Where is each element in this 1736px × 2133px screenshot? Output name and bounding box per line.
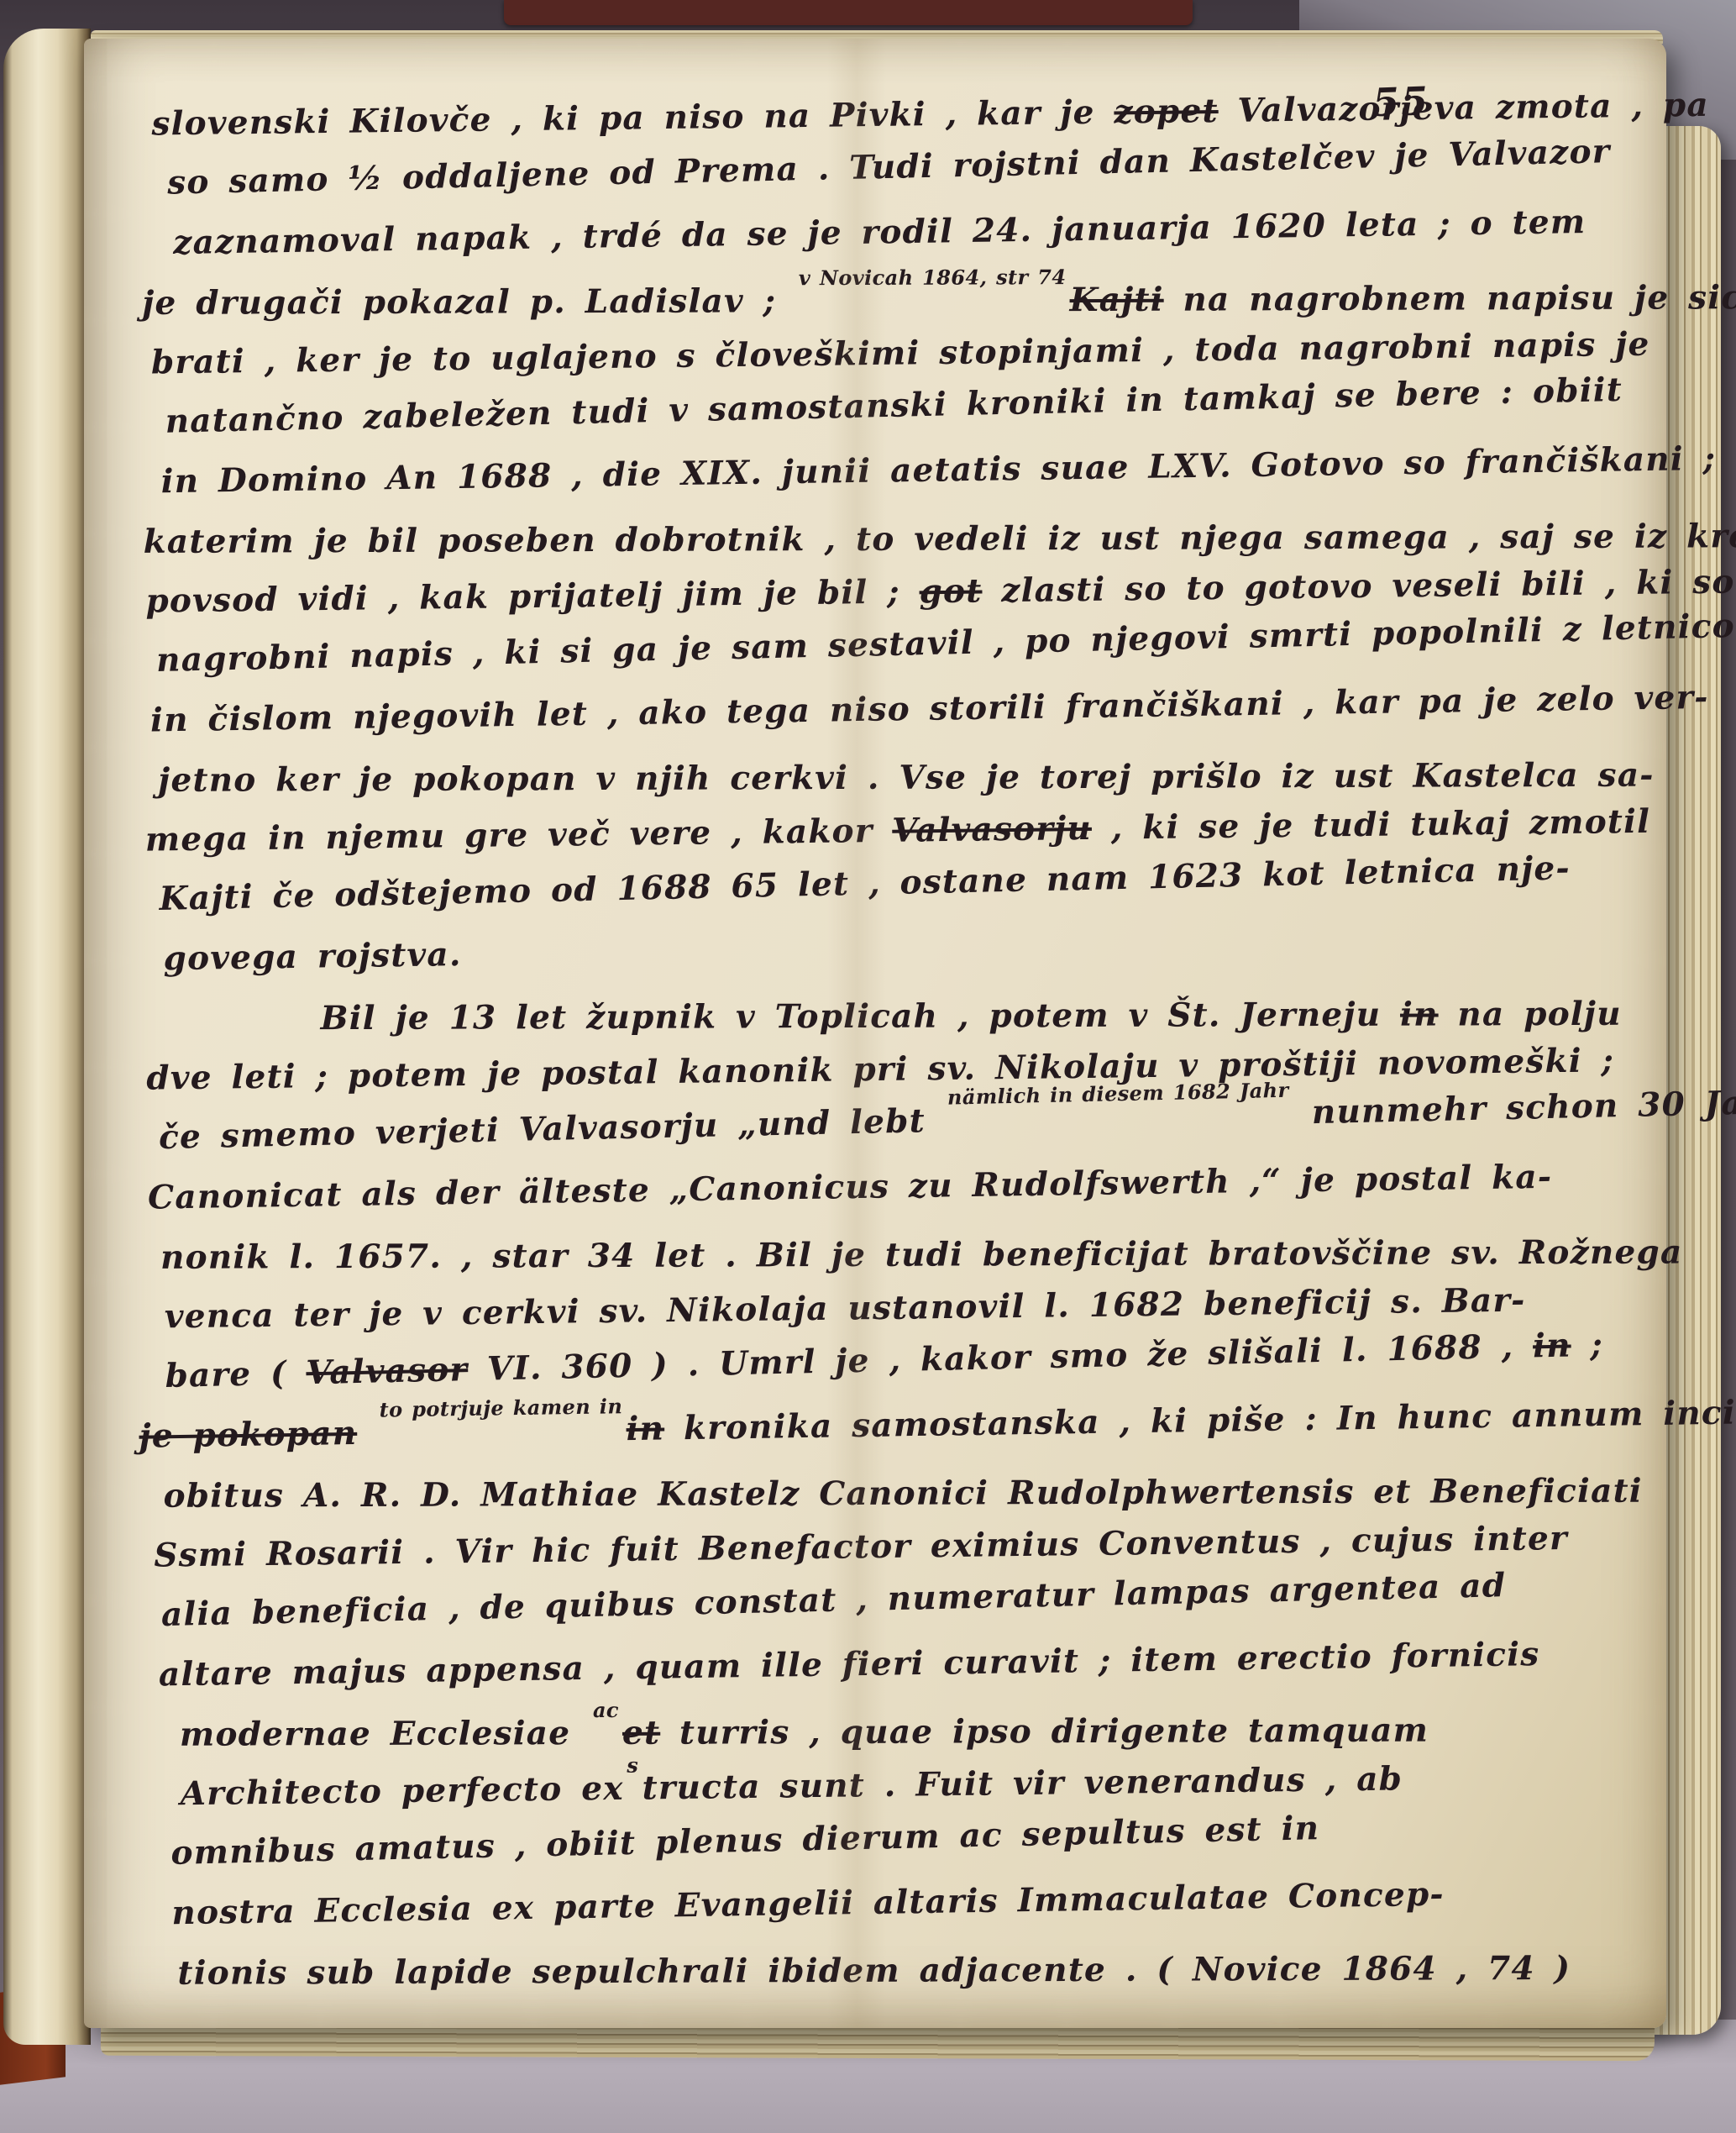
struck-word: in (1400, 996, 1439, 1034)
text-segment: tionis sub lapide sepulchrali ibidem adj… (177, 1949, 1571, 1993)
struck-word: zopet (1114, 92, 1219, 132)
interline-insertion: ac (593, 1698, 619, 1722)
struck-word: in (1533, 1326, 1572, 1365)
photo-of-manuscript: { "document": { "type": "handwritten man… (0, 0, 1736, 2133)
text-segment: Valvazorjeva zmota , pa (1218, 86, 1709, 130)
manuscript-line: modernae Ecclesiae acet turris , quae ip… (131, 1710, 1643, 1775)
manuscript-line: katerim je bil poseben dobrotnik , to ve… (117, 517, 1628, 582)
book-cover-top-edge (504, 0, 1193, 25)
text-segment: ; (1571, 1326, 1603, 1365)
text-segment: Bil je 13 let župnik v Toplicah , potem … (321, 996, 1401, 1038)
text-segment: Architecto perfecto ex (180, 1769, 623, 1813)
text-segment: na polju (1439, 995, 1622, 1034)
manuscript-line: jetno ker je pokopan v njih cerkvi . Vse… (119, 756, 1631, 821)
interline-insertion: to potrjuje kamen in (379, 1394, 622, 1421)
manuscript-page: 55 slovenski Kilovče , ki pa niso na Piv… (84, 39, 1666, 2028)
text-segment: katerim je bil poseben dobrotnik , to ve… (144, 517, 1736, 561)
struck-word: Valvasor (306, 1350, 469, 1392)
text-segment: modernae Ecclesiae (180, 1714, 590, 1754)
manuscript-line: je drugači pokazal p. Ladislav ; v Novic… (113, 279, 1625, 344)
text-segment: bare ( (165, 1353, 307, 1395)
interline-insertion: v Novicah 1864, str 74 (799, 265, 1067, 290)
manuscript-line: tionis sub lapide sepulchrali ibidem adj… (134, 1949, 1645, 2014)
interline-insertion: s (627, 1753, 638, 1778)
text-segment (357, 1414, 376, 1453)
manuscript-line: nonik l. 1657. , star 34 let . Bil je tu… (125, 1233, 1637, 1298)
text-segment: obitus A. R. D. Mathiae Kastelz Canonici… (163, 1472, 1642, 1516)
struck-word: je pokopan (139, 1414, 357, 1456)
text-segment: govega rojstva. (163, 935, 462, 978)
manuscript-line: obitus A. R. D. Mathiae Kastelz Canonici… (128, 1472, 1639, 1537)
text-segment: jetno ker je pokopan v njih cerkvi . Vse… (158, 756, 1655, 800)
manuscript-lines: slovenski Kilovče , ki pa niso na Pivki … (111, 87, 1646, 2014)
text-segment: je drugači pokazal p. Ladislav ; (142, 281, 795, 323)
text-segment: na nagrobnem napisu je sicer ni več mogo… (1164, 277, 1736, 319)
text-segment: turris , quae ipso dirigente tamquam (660, 1711, 1429, 1752)
struck-word: Kajti (1069, 281, 1163, 319)
book-gutter-pages (3, 29, 91, 2045)
text-segment: slovenski Kilovče , ki pa niso na Pivki … (151, 92, 1115, 143)
text-segment: nonik l. 1657. , star 34 let . Bil je tu… (160, 1233, 1683, 1277)
struck-word: in (626, 1409, 664, 1448)
struck-word: et (622, 1714, 660, 1752)
manuscript-line: Bil je 13 let župnik v Toplicah , potem … (123, 995, 1634, 1059)
